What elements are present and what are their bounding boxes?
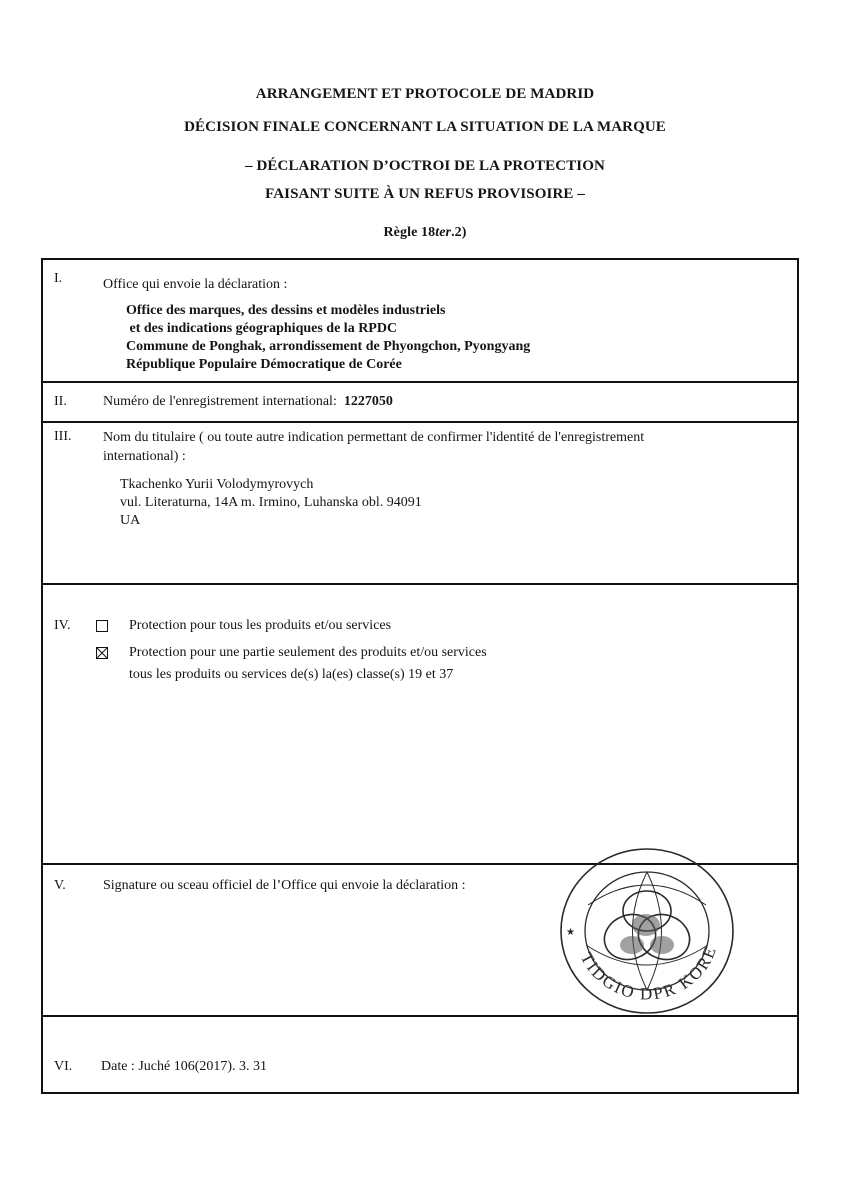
- registration-number-value: 1227050: [344, 394, 393, 409]
- svg-text:★: ★: [566, 927, 575, 938]
- office-line: République Populaire Démocratique de Cor…: [126, 356, 402, 374]
- rule-italic: ter: [435, 225, 451, 240]
- section-registration-number: II. Numéro de l'enregistrement internati…: [43, 383, 797, 423]
- section-protection: IV. Protection pour tous les produits et…: [43, 585, 797, 865]
- registration-label: Numéro de l'enregistrement international…: [103, 394, 337, 409]
- partial-products-detail: tous les produits ou services de(s) la(e…: [129, 666, 453, 684]
- section-office: I. Office qui envoie la déclaration : Of…: [43, 260, 797, 383]
- date-field: Date : Juché 106(2017). 3. 31: [101, 1058, 267, 1076]
- option-partial-products-label: Protection pour une partie seulement des…: [129, 644, 487, 662]
- office-label: Office qui envoie la déclaration :: [103, 276, 287, 294]
- header-refusal: FAISANT SUITE À UN REFUS PROVISOIRE –: [0, 186, 850, 203]
- header-title: ARRANGEMENT ET PROTOCOLE DE MADRID: [0, 86, 850, 103]
- rule-prefix: Règle 18: [383, 225, 435, 240]
- checkbox-partial-products[interactable]: [96, 647, 108, 659]
- option-all-products-label: Protection pour tous les produits et/ou …: [129, 617, 391, 635]
- header-decision: DÉCISION FINALE CONCERNANT LA SITUATION …: [0, 119, 850, 136]
- holder-name: Tkachenko Yurii Volodymyrovych: [120, 476, 313, 494]
- header-declaration: – DÉCLARATION D’OCTROI DE LA PROTECTION: [0, 158, 850, 175]
- office-line: Office des marques, des dessins et modèl…: [126, 302, 445, 320]
- signature-label: Signature ou sceau officiel de l’Office …: [103, 877, 466, 895]
- office-line: Commune de Ponghak, arrondissement de Ph…: [126, 338, 530, 356]
- office-line: et des indications géographiques de la R…: [126, 320, 397, 338]
- section-number: III.: [54, 429, 72, 445]
- section-number: II.: [54, 394, 67, 410]
- holder-label: Nom du titulaire ( ou toute autre indica…: [103, 429, 644, 447]
- holder-country: UA: [120, 512, 140, 530]
- header-rule: Règle 18ter.2): [0, 225, 850, 241]
- section-number: V.: [54, 878, 66, 894]
- checkbox-all-products[interactable]: [96, 620, 108, 632]
- registration-number-field: Numéro de l'enregistrement international…: [103, 393, 393, 411]
- rule-suffix: .2): [451, 225, 466, 240]
- holder-address: vul. Literaturna, 14A m. Irmino, Luhansk…: [120, 494, 422, 512]
- section-number: I.: [54, 271, 62, 287]
- holder-label-cont: international) :: [103, 448, 186, 466]
- section-holder: III. Nom du titulaire ( ou toute autre i…: [43, 423, 797, 585]
- section-number: VI.: [54, 1059, 72, 1075]
- checkbox-check-icon: [97, 648, 107, 658]
- section-date: VI. Date : Juché 106(2017). 3. 31: [43, 1017, 797, 1092]
- section-number: IV.: [54, 618, 70, 634]
- official-seal-icon: TIDGIO DPR KOREA ★: [558, 845, 736, 1017]
